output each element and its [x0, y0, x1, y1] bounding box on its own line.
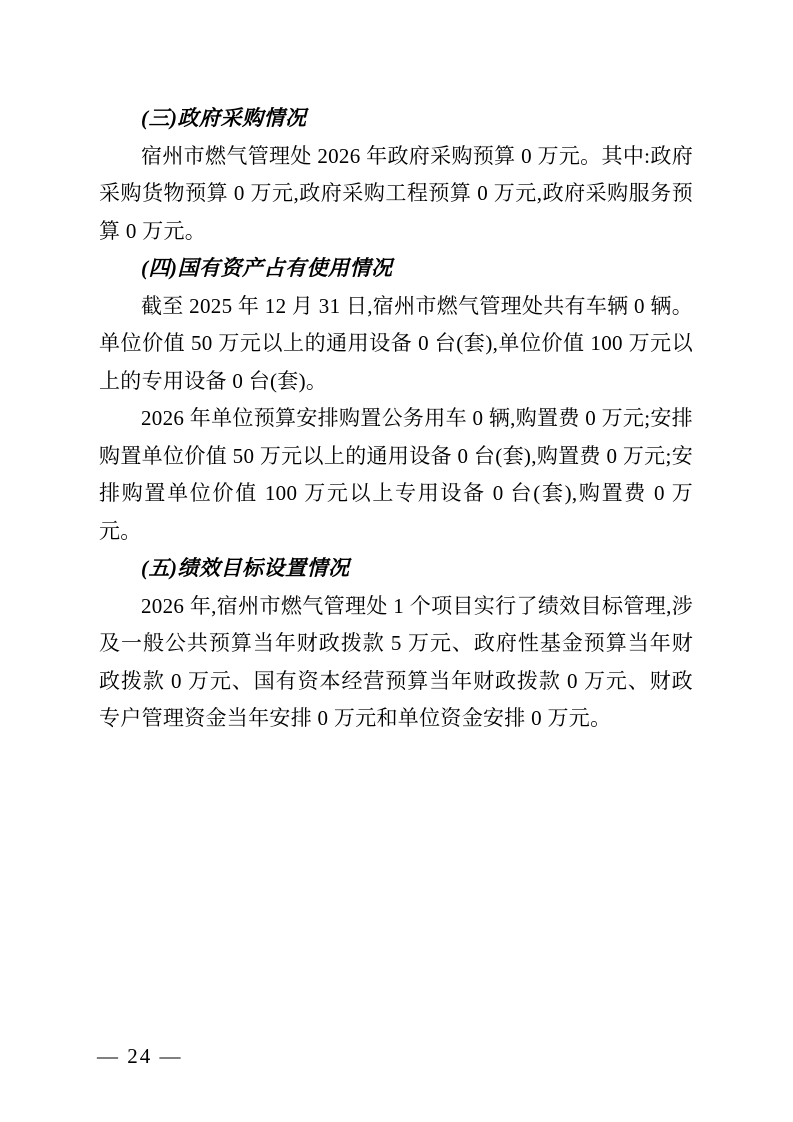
section-performance-targets: (五)绩效目标设置情况 2026 年,宿州市燃气管理处 1 个项目实行了绩效目标…	[99, 550, 693, 738]
section-government-procurement: (三)政府采购情况 宿州市燃气管理处 2026 年政府采购预算 0 万元。其中:…	[99, 100, 693, 250]
paragraph: 宿州市燃气管理处 2026 年政府采购预算 0 万元。其中:政府采购货物预算 0…	[99, 138, 693, 251]
document-body: (三)政府采购情况 宿州市燃气管理处 2026 年政府采购预算 0 万元。其中:…	[99, 100, 693, 738]
section-heading-performance-targets: (五)绩效目标设置情况	[99, 550, 693, 588]
document-page: (三)政府采购情况 宿州市燃气管理处 2026 年政府采购预算 0 万元。其中:…	[0, 0, 793, 1122]
paragraph: 截至 2025 年 12 月 31 日,宿州市燃气管理处共有车辆 0 辆。单位价…	[99, 288, 693, 401]
section-heading-state-owned-assets: (四)国有资产占有使用情况	[99, 250, 693, 288]
paragraph: 2026 年,宿州市燃气管理处 1 个项目实行了绩效目标管理,涉及一般公共预算当…	[99, 588, 693, 738]
section-state-owned-assets: (四)国有资产占有使用情况 截至 2025 年 12 月 31 日,宿州市燃气管…	[99, 250, 693, 550]
page-number: — 24 —	[97, 1044, 183, 1068]
section-heading-government-procurement: (三)政府采购情况	[99, 100, 693, 138]
paragraph: 2026 年单位预算安排购置公务用车 0 辆,购置费 0 万元;安排购置单位价值…	[99, 400, 693, 550]
